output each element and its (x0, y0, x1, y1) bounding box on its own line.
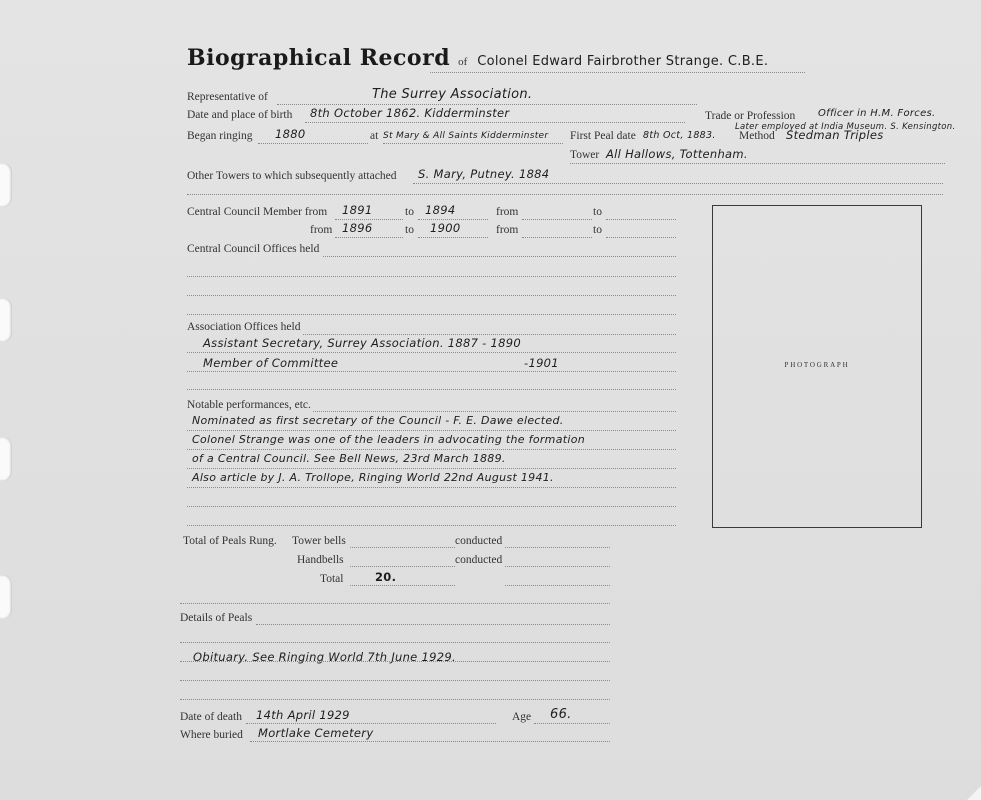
tower-bells-label: Tower bells (292, 535, 346, 547)
cc-member-label: Central Council Member from (187, 206, 327, 218)
details-of-peals-label: Details of Peals (180, 612, 252, 624)
rule (418, 237, 488, 238)
representative-value: The Surrey Association. (372, 87, 532, 102)
page-corner (967, 786, 981, 800)
punch-hole (0, 437, 12, 481)
rule (187, 276, 676, 277)
rule (350, 566, 455, 567)
photograph-label: PHOTOGRAPH (713, 361, 921, 369)
death-label: Date of death (180, 711, 242, 723)
cc-member-to-1: 1894 (425, 203, 455, 217)
cc-to-label: to (405, 206, 414, 218)
peals-label: Total of Peals Rung. (183, 535, 277, 547)
rule (277, 104, 697, 105)
began-ringing-value: 1880 (275, 127, 305, 141)
assoc-office-line-2: Member of Committee (203, 356, 338, 370)
rule (313, 411, 676, 412)
notable-label: Notable performances, etc. (187, 399, 311, 411)
rule (187, 430, 676, 431)
title-of-label: of (458, 56, 467, 68)
rule (187, 371, 676, 372)
subject-name: Colonel Edward Fairbrother Strange. C.B.… (477, 54, 768, 69)
rule (187, 314, 676, 315)
rule (180, 661, 610, 662)
rule (534, 723, 610, 724)
birth-label: Date and place of birth (187, 109, 292, 121)
rule (570, 163, 945, 164)
rule (187, 352, 676, 353)
cc-member-from-1: 1891 (342, 203, 372, 217)
age-label: Age (512, 711, 531, 723)
rule (505, 566, 610, 567)
rule (350, 585, 455, 586)
buried-value: Mortlake Cemetery (258, 726, 373, 740)
notable-line-1: Nominated as first secretary of the Coun… (192, 414, 564, 427)
tower-value: All Hallows, Tottenham. (606, 147, 748, 161)
total-label: Total (320, 573, 343, 585)
rule (256, 624, 610, 625)
other-towers-label: Other Towers to which subsequently attac… (187, 170, 396, 182)
page-title: Biographical Record (187, 45, 450, 71)
tower-bells-conducted-label: conducted (455, 535, 502, 547)
handbells-conducted-label: conducted (455, 554, 502, 566)
began-ringing-label: Began ringing (187, 130, 252, 142)
rule (258, 143, 368, 144)
rule (606, 219, 676, 220)
first-peal-value: 8th Oct, 1883. (643, 130, 716, 141)
tower-label: Tower (570, 149, 599, 161)
rule (187, 449, 676, 450)
rule (383, 143, 563, 144)
rule (180, 680, 610, 681)
cc-to2-label: to (593, 206, 602, 218)
rule (350, 547, 455, 548)
punch-hole (0, 298, 12, 342)
rule (180, 603, 610, 604)
photograph-box: PHOTOGRAPH (712, 205, 922, 528)
death-value: 14th April 1929 (256, 708, 350, 722)
first-peal-label: First Peal date (570, 130, 636, 142)
trade-value: Officer in H.M. Forces. (818, 108, 936, 119)
notable-line-4: Also article by J. A. Trollope, Ringing … (192, 471, 554, 484)
notable-line-2: Colonel Strange was one of the leaders i… (192, 433, 585, 446)
rule (250, 741, 610, 742)
rule (522, 219, 592, 220)
rule (505, 585, 610, 586)
rule (180, 699, 610, 700)
began-at-label: at (370, 130, 378, 142)
record-page: Biographical Record of Colonel Edward Fa… (0, 0, 981, 800)
cc-member-from-2: 1896 (342, 221, 372, 235)
other-towers-value: S. Mary, Putney. 1884 (418, 167, 549, 181)
rule (522, 237, 592, 238)
rule (187, 389, 676, 390)
cc-from2-label: from (496, 206, 518, 218)
cc-offices-label: Central Council Offices held (187, 243, 319, 255)
assoc-offices-label: Association Offices held (187, 321, 300, 333)
assoc-office-line-2-years: -1901 (524, 356, 559, 370)
method-value: Stedman Triples (786, 128, 884, 142)
rule (246, 723, 496, 724)
rule (606, 237, 676, 238)
rule (335, 219, 403, 220)
representative-label: Representative of (187, 91, 268, 103)
rule (187, 487, 676, 488)
trade-label: Trade or Profession (705, 110, 795, 122)
rule (418, 219, 488, 220)
method-label: Method (739, 130, 775, 142)
assoc-office-line-1: Assistant Secretary, Surrey Association.… (203, 336, 521, 350)
total-value: 20. (375, 570, 396, 584)
record-title: Biographical Record of Colonel Edward Fa… (187, 45, 768, 71)
cc-to2-label-2: to (593, 224, 602, 236)
cc-member-to-2: 1900 (430, 221, 460, 235)
rule (187, 468, 676, 469)
handbells-label: Handbells (297, 554, 344, 566)
rule (430, 72, 805, 73)
punch-hole (0, 575, 12, 619)
birth-value: 8th October 1862. Kidderminster (310, 106, 509, 120)
rule (335, 237, 403, 238)
rule (180, 642, 610, 643)
cc-to-label-2: to (405, 224, 414, 236)
rule (187, 194, 943, 195)
rule (505, 547, 610, 548)
rule (187, 525, 676, 526)
rule (187, 506, 676, 507)
rule (303, 334, 676, 335)
rule (305, 122, 685, 123)
buried-label: Where buried (180, 729, 243, 741)
rule (323, 256, 676, 257)
notable-line-3: of a Central Council. See Bell News, 23r… (192, 452, 506, 465)
cc-from2-label-2: from (496, 224, 518, 236)
age-value: 66. (550, 707, 572, 722)
began-at-value: St Mary & All Saints Kidderminster (383, 131, 548, 141)
rule (413, 183, 943, 184)
punch-hole (0, 163, 12, 207)
rule (187, 295, 676, 296)
cc-from-label-2: from (310, 224, 332, 236)
